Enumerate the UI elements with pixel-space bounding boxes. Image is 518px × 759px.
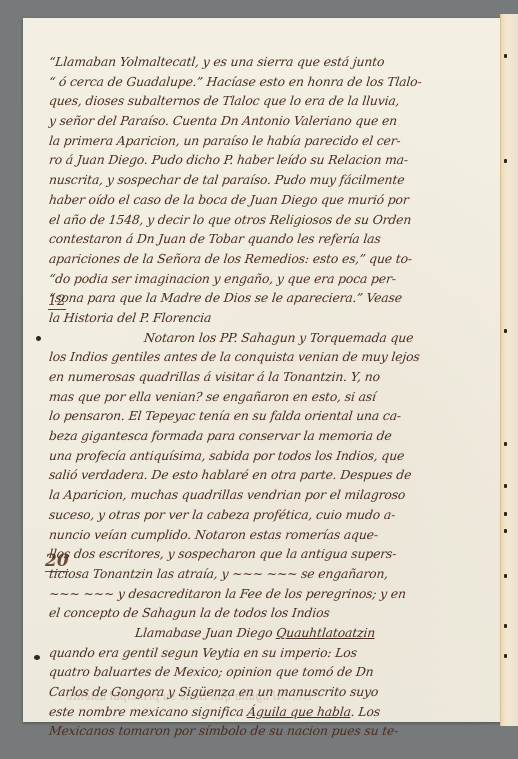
ink-blot: [36, 336, 41, 341]
text-line: haber oído el caso de la boca de Juan Di…: [48, 190, 480, 210]
text-line: los Indios gentiles antes de la conquist…: [48, 347, 480, 367]
text-line: este nombre mexicano significa Águila qu…: [48, 702, 480, 722]
text-line: beza gigantesca formada para conservar l…: [48, 426, 480, 446]
text-line: “ ó cerca de Guadalupe.” Hacíase esto en…: [48, 72, 480, 92]
text-line: ~~~ ~~~ y desacreditaron la Fee de los p…: [48, 584, 480, 604]
page-gutter: [500, 14, 518, 726]
text-line: contestaron á Dn Juan de Tobar quando le…: [48, 229, 480, 249]
text-line: la Historia del P. Florencia: [48, 308, 480, 328]
text-line: “Llamaban Yolmaltecatl, y es una sierra …: [48, 52, 480, 72]
text-line: Mexicanos tomaron por símbolo de su naci…: [48, 721, 480, 741]
underlined-phrase: Águila que habla: [247, 704, 352, 719]
text-line: “do podia ser imaginacion y engaño, y qu…: [48, 269, 480, 289]
text-line: nuscrita, y sospechar de tal paraíso. Pu…: [48, 170, 480, 190]
bleed-through-text: tro: “Al águila que tiene su principal a…: [60, 690, 312, 703]
text-line: mas que por ella venian? se engañaron en…: [48, 387, 480, 407]
text-line: lo pensaron. El Tepeyac tenía en su fald…: [48, 406, 480, 426]
text-line: llos dos escritores, y sospecharon que l…: [48, 544, 480, 564]
underlined-phrase: Quauhtlatoatzin: [276, 625, 376, 640]
text-line: nuncio veían cumplido. Notaron estas rom…: [48, 525, 480, 545]
text-line: quando era gentil segun Veytia en su imp…: [48, 643, 480, 663]
text-line: ticiosa Tonantzin las atraía, y ~~~ ~~~ …: [48, 564, 480, 584]
text-line: salió verdadera. De esto hablaré en otra…: [48, 465, 480, 485]
text-line: y señor del Paraíso. Cuenta Dn Antonio V…: [48, 111, 480, 131]
handwritten-text-block: “Llamaban Yolmaltecatl, y es una sierra …: [49, 52, 479, 741]
text-line: ro á Juan Diego. Pudo dicho P. haber leí…: [48, 150, 480, 170]
text-line: la Aparicion, muchas quadrillas vendrian…: [48, 485, 480, 505]
text-line: el concepto de Sahagun la de todos los I…: [48, 603, 480, 623]
text-line: “sona para que la Madre de Dios se le ap…: [48, 288, 480, 308]
text-line: la primera Aparicion, un paraíso le habí…: [48, 131, 480, 151]
text-line: una profecía antiquísima, sabida por tod…: [48, 446, 480, 466]
paragraph-start-line: Llamabase Juan Diego Quauhtlatoatzin: [48, 623, 480, 643]
text-line: ques, dioses subalternos de Tlaloc que l…: [48, 91, 480, 111]
text-line: en numerosas quadrillas á visitar á la T…: [48, 367, 480, 387]
ink-blot: [34, 655, 40, 660]
text-line: apariciones de la Señora de los Remedios…: [48, 249, 480, 269]
paragraph-start-line: Notaron los PP. Sahagun y Torquemada que: [48, 328, 480, 348]
text-line: el año de 1548, y decir lo que otros Rel…: [48, 210, 480, 230]
text-line: quatro baluartes de Mexico; opinion que …: [48, 662, 480, 682]
text-line: suceso, y otras por ver la cabeza profét…: [48, 505, 480, 525]
